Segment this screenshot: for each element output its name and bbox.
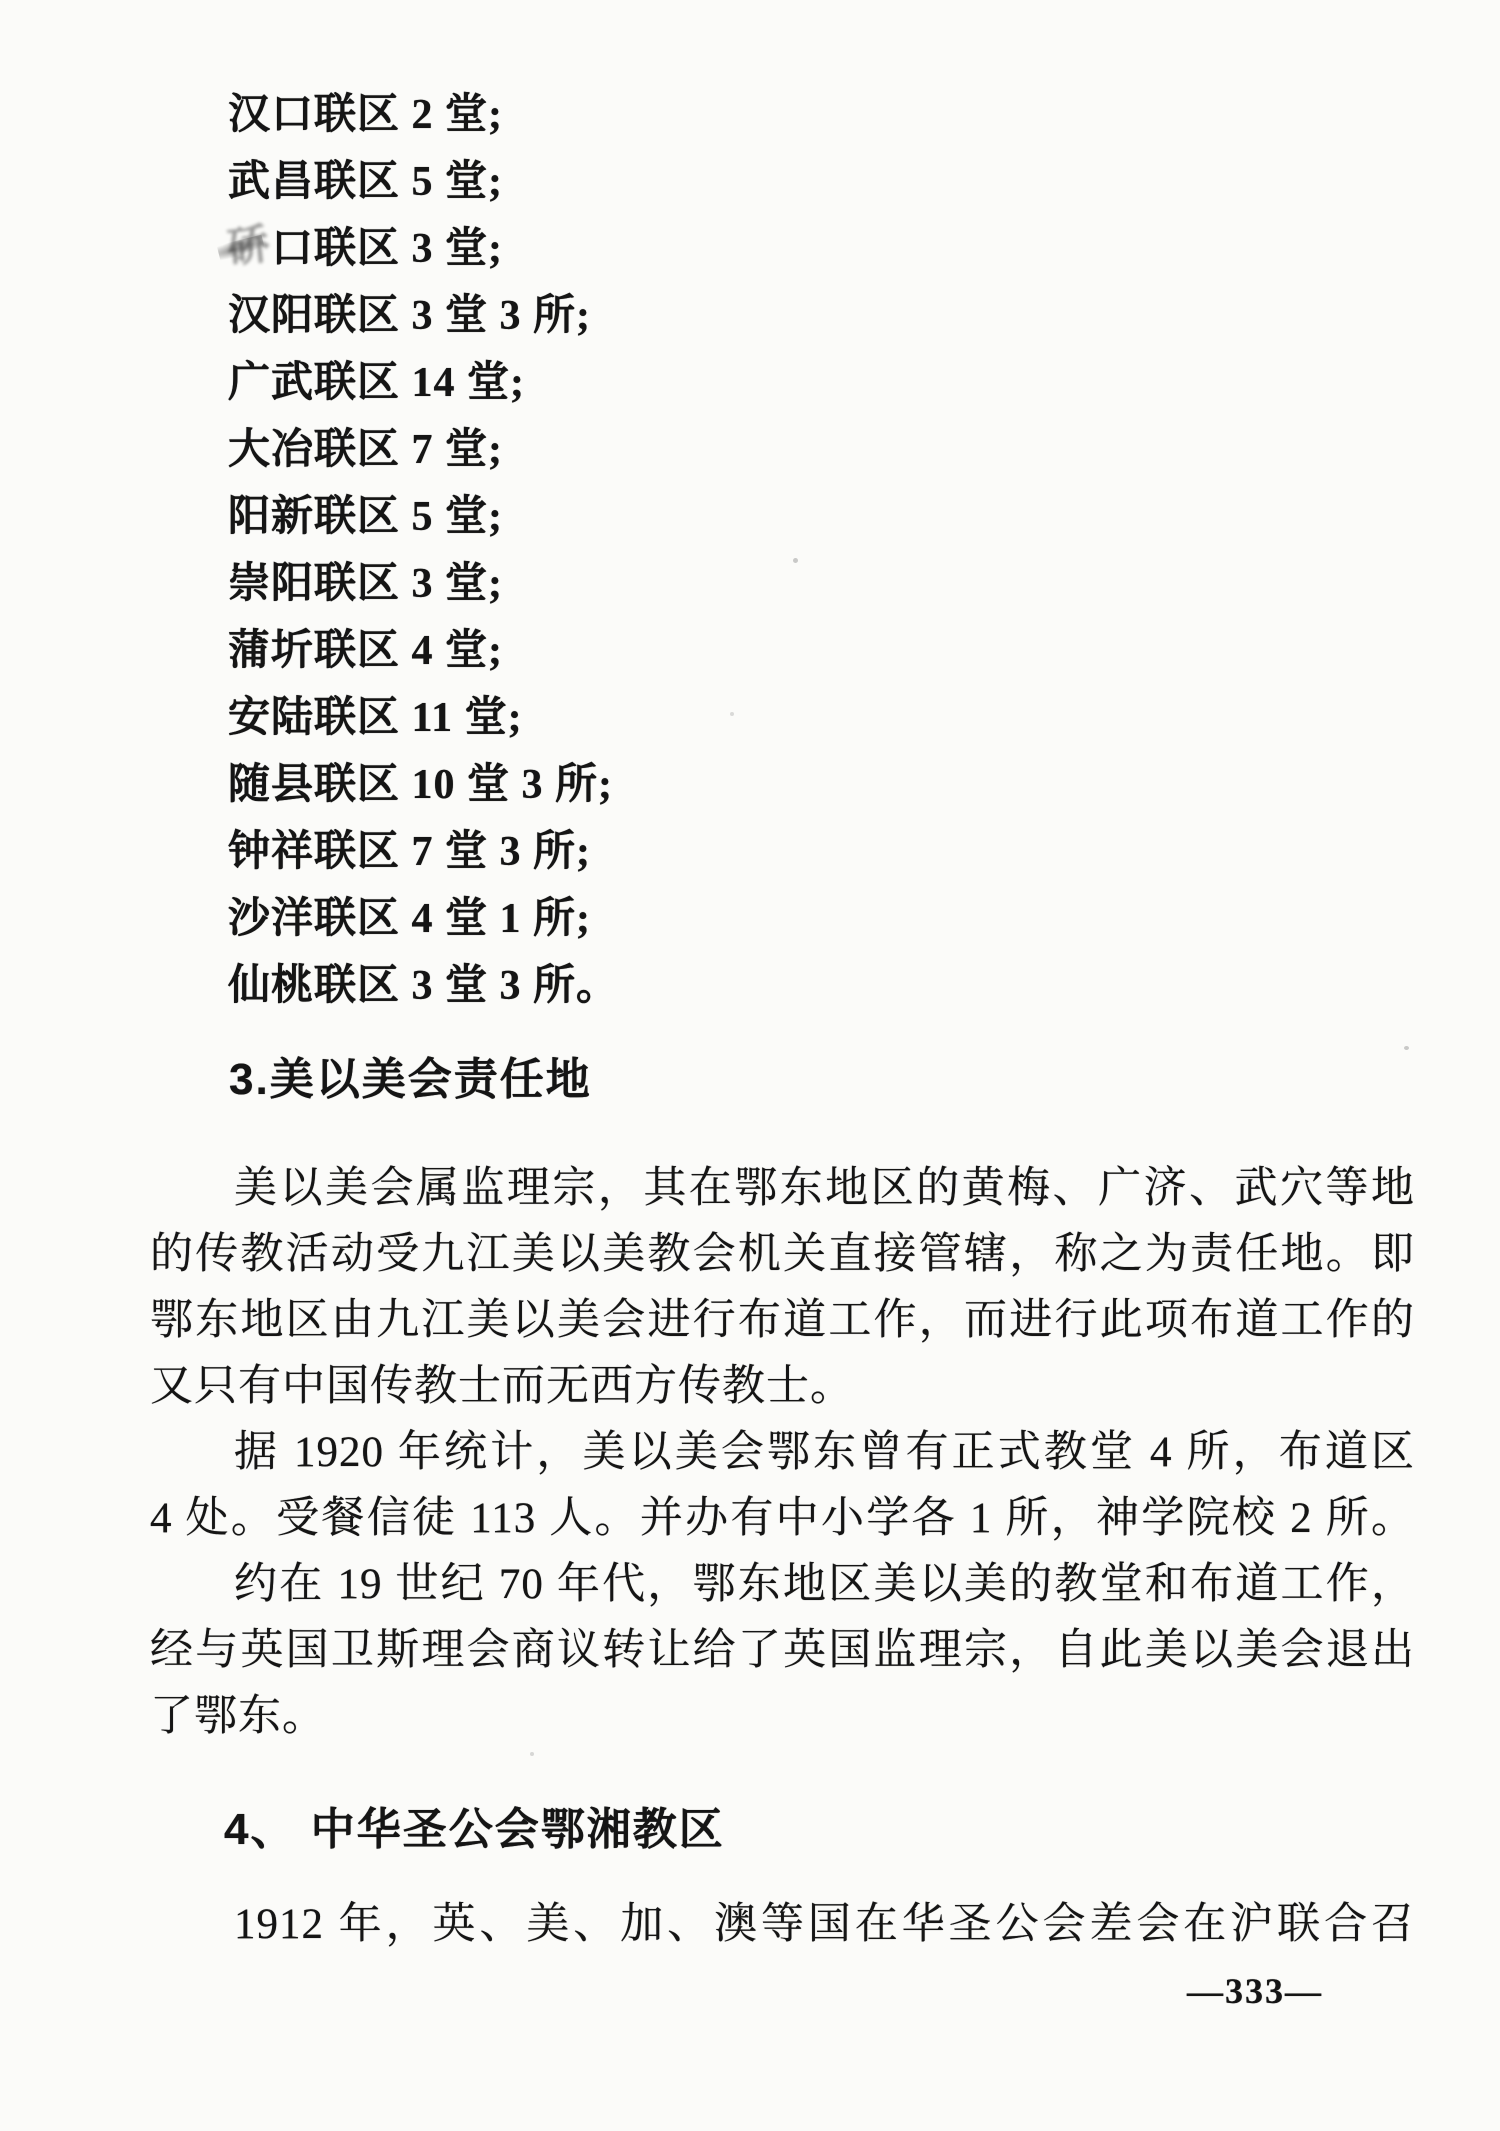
list-item: 蒲圻联区 4 堂; [228,618,619,685]
damaged-character: 硚 [224,212,274,283]
body-line: 1912 年，英、美、加、澳等国在华圣公会差会在沪联合召 [150,1892,1415,1958]
list-item: 安陆联区 11 堂; [228,685,619,752]
body-line: 约在 19 世纪 70 年代，鄂东地区美以美的教堂和布道工作， [150,1552,1415,1618]
section-4-body: 1912 年，英、美、加、澳等国在华圣公会差会在沪联合召 [150,1892,1415,1958]
section-4-heading: 4、 中华圣公会鄂湘教区 [224,1796,725,1863]
scan-speck [793,558,798,563]
body-line: 4 处。受餐信徒 113 人。并办有中小学各 1 所，神学院校 2 所。 [150,1486,1415,1552]
body-line: 经与英国卫斯理会商议转让给了英国监理宗，自此美以美会退出 [150,1618,1415,1684]
list-item: 汉口联区 2 堂; [228,82,619,149]
list-item: 广武联区 14 堂; [228,350,619,417]
list-item: 仙桃联区 3 堂 3 所。 [228,953,619,1020]
body-line: 据 1920 年统计，美以美会鄂东曾有正式教堂 4 所，布道区 [150,1420,1415,1486]
section-3-body: 美以美会属监理宗，其在鄂东地区的黄梅、广济、武穴等地的传教活动受九江美以美教会机… [150,1156,1415,1750]
body-line: 美以美会属监理宗，其在鄂东地区的黄梅、广济、武穴等地 [150,1156,1415,1222]
scan-speck [730,712,734,716]
body-line: 的传教活动受九江美以美教会机关直接管辖，称之为责任地。即 [150,1222,1415,1288]
parish-list: 汉口联区 2 堂;武昌联区 5 堂;硚口联区 3 堂;汉阳联区 3 堂 3 所;… [228,82,619,1020]
body-line: 鄂东地区由九江美以美会进行布道工作，而进行此项布道工作的 [150,1288,1415,1354]
page-number: —333— [1187,1966,1323,2016]
list-item: 沙洋联区 4 堂 1 所; [228,886,619,953]
list-item: 汉阳联区 3 堂 3 所; [228,283,619,350]
section-3-heading: 3.美以美会责任地 [229,1046,592,1113]
list-item: 大冶联区 7 堂; [228,417,619,484]
list-item: 硚口联区 3 堂; [228,216,619,283]
scan-speck [530,1752,534,1756]
list-item: 钟祥联区 7 堂 3 所; [228,819,619,886]
scan-speck [1404,1046,1409,1050]
body-line: 又只有中国传教士而无西方传教士。 [150,1354,1415,1420]
list-item: 随县联区 10 堂 3 所; [228,752,619,819]
scanned-book-page: 汉口联区 2 堂;武昌联区 5 堂;硚口联区 3 堂;汉阳联区 3 堂 3 所;… [0,0,1500,2131]
list-item: 崇阳联区 3 堂; [228,551,619,618]
list-item: 武昌联区 5 堂; [228,149,619,216]
list-item: 阳新联区 5 堂; [228,484,619,551]
body-line: 了鄂东。 [150,1684,1415,1750]
